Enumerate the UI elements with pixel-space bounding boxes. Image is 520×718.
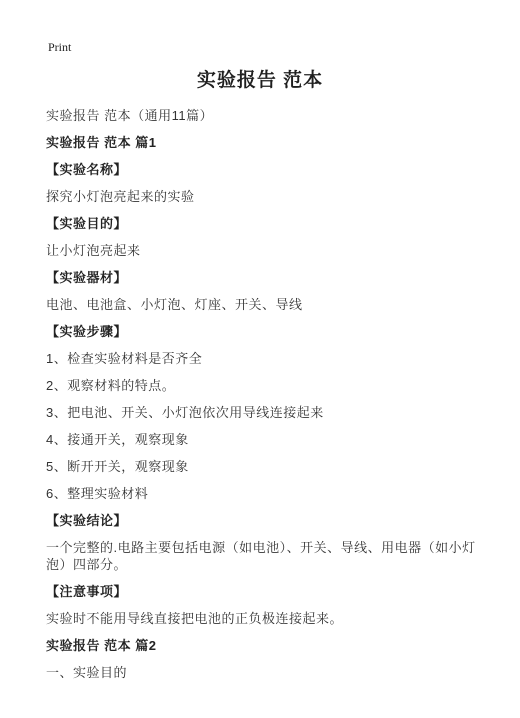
document-page: Print 实验报告 范本 实验报告 范本（通用11篇） 实验报告 范本 篇1【…: [0, 0, 520, 718]
paragraph: 2、观察材料的特点。: [46, 377, 492, 394]
paragraph: 5、断开开关，观察现象: [46, 458, 492, 475]
page-title: 实验报告 范本: [46, 69, 474, 93]
bracket-heading: 【注意事项】: [46, 583, 492, 600]
paragraph: 让小灯泡亮起来: [46, 242, 492, 259]
bracket-heading: 【实验目的】: [46, 215, 492, 232]
paragraph: 实验时不能用导线直接把电池的正负极连接起来。: [46, 610, 492, 627]
paragraph: 1、检查实验材料是否齐全: [46, 350, 492, 367]
bracket-heading: 【实验名称】: [46, 161, 492, 178]
paragraph: 探究小灯泡亮起来的实验: [46, 188, 492, 205]
bracket-heading: 【实验结论】: [46, 512, 492, 529]
bracket-heading: 【实验步骤】: [46, 323, 492, 340]
paragraph: 电池、电池盒、小灯泡、灯座、开关、导线: [46, 296, 492, 313]
paragraph: 4、接通开关，观察现象: [46, 431, 492, 448]
paragraph: 一、实验目的: [46, 664, 492, 681]
document-body: 实验报告 范本 篇1【实验名称】探究小灯泡亮起来的实验【实验目的】让小灯泡亮起来…: [46, 134, 492, 681]
paragraph: 6、整理实验材料: [46, 485, 492, 502]
document-subtitle: 实验报告 范本（通用11篇）: [46, 107, 492, 124]
section-heading: 实验报告 范本 篇2: [46, 637, 492, 654]
print-button[interactable]: Print: [48, 40, 71, 54]
section-heading: 实验报告 范本 篇1: [46, 134, 492, 151]
bracket-heading: 【实验器材】: [46, 269, 492, 286]
paragraph: 一个完整的.电路主要包括电源（如电池）、开关、导线、用电器（如小灯泡）四部分。: [46, 539, 492, 573]
paragraph: 3、把电池、开关、小灯泡依次用导线连接起来: [46, 404, 492, 421]
